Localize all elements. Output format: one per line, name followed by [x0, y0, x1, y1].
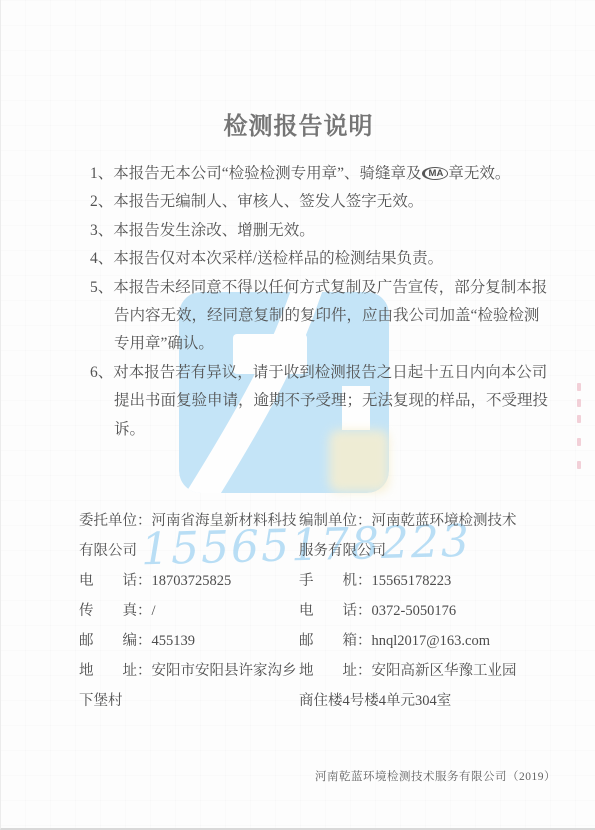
note-item-2: 2、本报告无编制人、审核人、签发人签字无效。 — [90, 188, 554, 216]
note-text: 对本报告若有异议，请于收到检测报告之日起十五日内向本公司提出书面复验申请，逾期不… — [113, 364, 548, 438]
scan-artifact-mark — [577, 399, 581, 407]
scan-artifact-mark — [577, 461, 581, 469]
contact-row-address: 地 址：安阳市安阳县许家沟乡下堡村 — [79, 656, 303, 716]
note-number: 1、 — [90, 165, 113, 182]
contact-label: 手 机： — [299, 573, 372, 589]
compiler-contact-block: 编制单位：河南乾蓝环境检测技术服务有限公司 手 机：15565178223 电 … — [299, 506, 525, 716]
contact-value: 455139 — [152, 633, 196, 649]
note-text: 本报告仅对本次采样/送检样品的检测结果负责。 — [113, 250, 443, 267]
note-number: 5、 — [90, 279, 113, 296]
contact-label: 地 址： — [299, 663, 372, 679]
note-item-3: 3、本报告发生涂改、增删无效。 — [90, 217, 554, 245]
cma-certification-badge-icon: MA — [422, 167, 449, 180]
contact-label: 电 话： — [79, 573, 152, 589]
contact-row-email: 邮 箱：hnql2017@163.com — [299, 626, 525, 656]
scan-artifact-mark — [577, 383, 581, 391]
contact-row-fax: 传 真：/ — [79, 596, 303, 626]
scanned-report-page: { "colors": { "watermark_blue": "#c2e3f7… — [0, 0, 595, 830]
contact-value: / — [152, 603, 156, 619]
contact-row-postcode: 邮 编：455139 — [79, 626, 303, 656]
note-item-5: 5、本报告未经同意不得以任何方式复制及广告宣传，部分复制本报告内容无效，经同意复… — [90, 274, 554, 359]
note-number: 6、 — [90, 364, 113, 381]
contact-row-mobile: 手 机：15565178223 — [299, 566, 525, 596]
note-item-1: 1、本报告无本公司“检验检测专用章”、骑缝章及MA章无效。 — [90, 160, 554, 188]
note-text: 本报告无编制人、审核人、签发人签字无效。 — [113, 193, 423, 210]
contact-value: hnql2017@163.com — [372, 633, 490, 649]
contact-value: 15565178223 — [372, 573, 452, 589]
note-text: 本报告发生涂改、增删无效。 — [113, 222, 315, 239]
contact-label: 邮 箱： — [299, 633, 372, 649]
scan-artifact-mark — [577, 415, 581, 423]
contact-value: 0372-5050176 — [372, 603, 457, 619]
contact-value: 18703725825 — [152, 573, 232, 589]
contact-label: 传 真： — [79, 603, 152, 619]
contact-label: 地 址： — [79, 663, 152, 679]
consignor-contact-block: 委托单位：河南省海皇新材料科技有限公司 电 话：18703725825 传 真：… — [79, 506, 303, 716]
note-text: 本报告无本公司“检验检测专用章”、骑缝章及 — [113, 165, 421, 182]
contact-label: 电 话： — [299, 603, 372, 619]
contact-label: 编制单位： — [299, 513, 372, 529]
contact-row-consignor: 委托单位：河南省海皇新材料科技有限公司 — [79, 506, 303, 566]
contact-row-address: 地 址：安阳高新区华豫工业园商住楼4号楼4单元304室 — [299, 656, 525, 716]
note-number: 3、 — [90, 222, 113, 239]
contact-row-phone: 电 话：18703725825 — [79, 566, 303, 596]
contact-label: 委托单位： — [79, 513, 152, 529]
note-text: 本报告未经同意不得以任何方式复制及广告宣传，部分复制本报告内容无效，经同意复制的… — [113, 279, 547, 353]
note-text: 章无效。 — [448, 165, 510, 182]
contact-row-compiler: 编制单位：河南乾蓝环境检测技术服务有限公司 — [299, 506, 525, 566]
contact-label: 邮 编： — [79, 633, 152, 649]
page-title: 检测报告说明 — [1, 106, 595, 141]
note-item-6: 6、对本报告若有异议，请于收到检测报告之日起十五日内向本公司提出书面复验申请，逾… — [90, 359, 554, 444]
footer-company-line: 河南乾蓝环境检测技术服务有限公司（2019） — [315, 768, 556, 784]
note-number: 2、 — [90, 193, 113, 210]
note-item-4: 4、本报告仅对本次采样/送检样品的检测结果负责。 — [90, 245, 554, 273]
contact-row-phone: 电 话：0372-5050176 — [299, 596, 525, 626]
report-notes-list: 1、本报告无本公司“检验检测专用章”、骑缝章及MA章无效。 2、本报告无编制人、… — [90, 160, 554, 444]
note-number: 4、 — [90, 250, 113, 267]
scan-artifact-mark — [577, 438, 581, 446]
